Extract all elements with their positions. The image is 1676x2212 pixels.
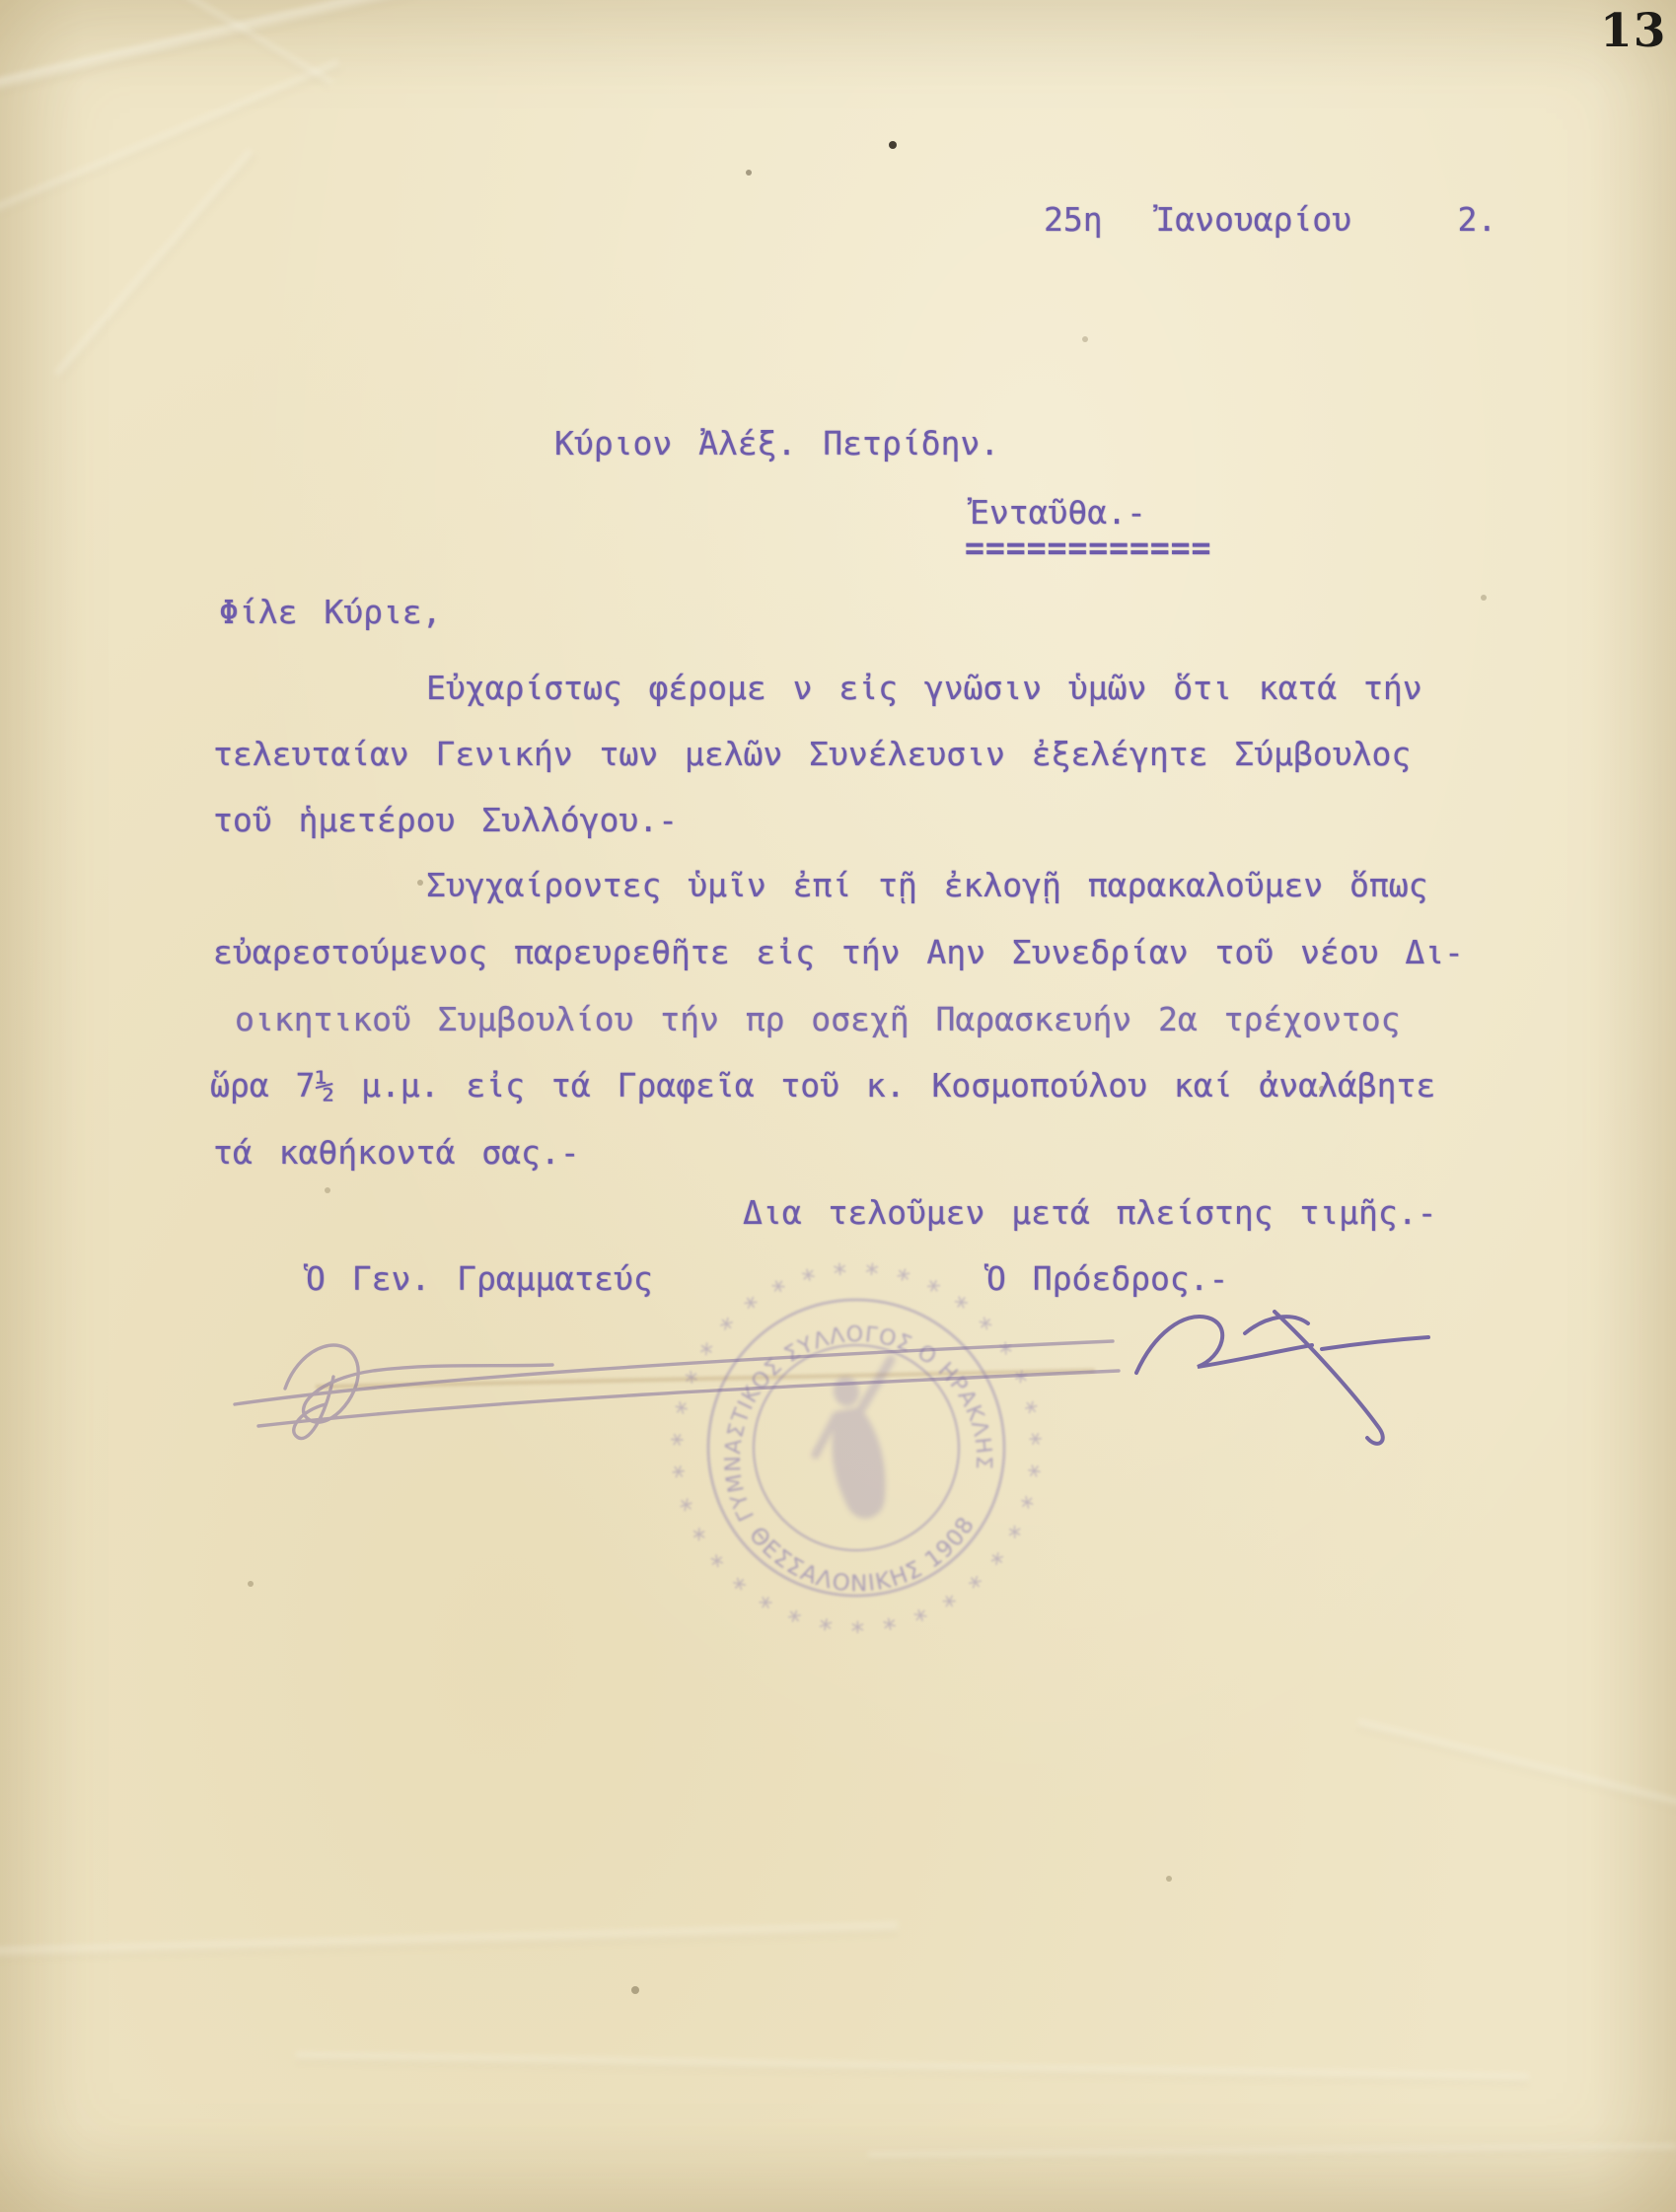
body-line: τοῦ ἡμετέρου Συλλόγου.- [213,801,678,840]
page-number: 13 [1600,4,1666,58]
body-line: οικητικοῦ Συμβουλίου τήν πρ οσεχῆ Παρασκ… [235,1000,1400,1039]
date-line: 25η Ἰανουαρίου 2. [1044,200,1496,240]
body-line: τελευταίαν Γενικήν των μελῶν Συνέλευσιν … [213,735,1411,774]
scanned-letter-page: 13 25η Ἰανουαρίου 2. Κύριον Ἀλέξ. Πετρίδ… [0,0,1676,2212]
paper-crease [0,0,420,102]
body-line: ὥρα 7½ μ.μ. εἰς τά Γραφεῖα τοῦ κ. Κοσμοπ… [210,1066,1435,1106]
body-line: Εὐχαρίστως φέρομε ν εἰς γνῶσιν ὑμῶν ὅτι … [426,669,1422,708]
paper-crease [54,149,257,380]
club-stamp: ΓΥΜΝΑΣΤΙΚΟΣ ΣΥΛΛΟΓΟΣ Ο ΗΡΑΚΛΗΣ ΘΕΣΣΑΛΟΝΙ… [659,1250,1054,1645]
signatures-layer [0,0,1676,2212]
hercules-figure [801,1360,916,1526]
body-line: εὐαρεστούμενος παρευρεθῆτε εἰς τήν Αην Σ… [213,933,1464,972]
paper-crease [83,0,333,89]
paper-crease [0,59,342,220]
secretary-title: Ὁ Γεν. Γραμματεύς [306,1259,653,1299]
location-line: Ἐνταῦθα.- [970,493,1146,533]
body-line: τά καθήκοντά σας.- [213,1133,580,1173]
paper-crease [296,2052,1529,2086]
salutation: Φίλε Κύριε, [219,593,442,632]
paper-crease [1356,1719,1676,1833]
recipient-line: Κύριον Ἀλέξ. Πετρίδην. [554,424,999,464]
paper-specks [0,0,4,4]
president-signature [1136,1312,1428,1444]
body-line: Συγχαίροντες ὑμῖν ἐπί τῇ ἐκλογῇ παρακαλο… [426,866,1428,905]
location-underline: ============ [965,529,1211,568]
paper-crease [868,2144,1676,2163]
paper-crease [0,1922,898,1962]
closing-line: Δια τελοῦμεν μετά πλείστης τιμῆς.- [743,1193,1437,1233]
